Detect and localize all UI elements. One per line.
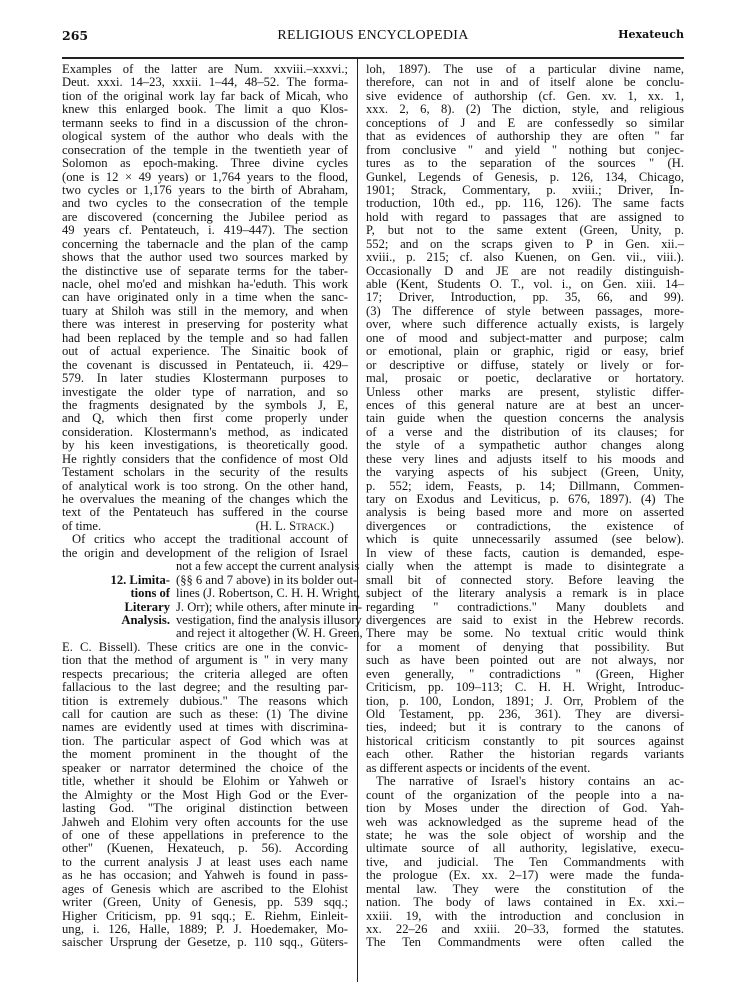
text-line: investigate the older type of narration,… [62,386,348,399]
text-line: the fragments designated by the symbols … [62,399,348,412]
text-line: had been replaced by the temple and so h… [62,332,348,345]
text-line: Criticism, pp. 109–113; C. H. H. Wright,… [366,681,684,694]
section-name: Hexateuch [618,28,684,41]
text-line: divergences are said to exist in the Heb… [366,614,684,627]
running-title: RELIGIOUS ENCYCLOPEDIA [62,28,684,44]
text-line: xviii., p. 215; cf. also Kuenen, on Gen.… [366,251,684,264]
text-line: able (Kent, Students O. T., vol. i., on … [366,278,684,291]
text-line: The narrative of Israel's history contai… [366,775,684,788]
text-line: 49 years cf. Pentateuch, i. 419–447). Th… [62,224,348,237]
text-line: analysis is being based more and more on… [366,506,684,519]
text-line: of analytical work is too strong. On the… [62,480,348,493]
text-line: vestigation, find the analysis illusory [176,614,362,627]
text-line: regarding " contradictions." Many double… [366,601,684,614]
text-line: In view of these facts, caution is deman… [366,547,684,560]
text-line: the style of a sympathetic author change… [366,439,684,452]
text-line: Examples of the latter are Num. xxviii.–… [62,63,348,76]
text-line: these very lines and adjusts itself to h… [366,453,684,466]
text-line: names are evidently used at times with d… [62,721,348,734]
author-signature: (H. L. Strack.) [256,520,348,533]
text-line: conceptions of J and E are confessedly s… [366,117,684,130]
text-line: Gunkel, Legends of Genesis, p. 126, 134,… [366,171,684,184]
text-line: two cycles or 1,176 years to the birth o… [62,184,348,197]
text-line: small bit of connected story. Before lea… [366,574,684,587]
text-line: (§§ 6 and 7 above) in its bolder out- [176,574,357,587]
text-line: even generally, " contradictions " (Gree… [366,668,684,681]
text-line: there was interest in preserving for pos… [62,318,348,331]
text-line: tition is extremely dubious." The reason… [62,695,348,708]
text-line: tion of the original work lay far back o… [62,90,348,103]
text-line: by his keen investigations, is theoretic… [62,439,348,452]
text-line: tain guide when the question concerns th… [366,412,684,425]
text-line: consecration of the temple in the twenti… [62,144,348,157]
text-line: of a verse and the distribution of its c… [366,426,684,439]
page-header: 265 RELIGIOUS ENCYCLOPEDIA Hexateuch [62,28,684,46]
text-line: hold with regard to passages that are as… [366,211,684,224]
text-line: from conclusive " and yield " nothing bu… [366,144,684,157]
text-line: the origin and development of the religi… [62,547,348,560]
text-line: 552; and on the scraps given to P in Gen… [366,238,684,251]
side-heading: Literary [62,601,176,614]
side-heading-row: LiteraryJ. Orr); while others, after min… [62,601,348,614]
text-line: 1901; Strack, Commentary, p. xviii.; Dri… [366,184,684,197]
text-line: p. 552; idem, Feasts, p. 14; Dillmann, C… [366,480,684,493]
text-line: lines (J. Robertson, C. H. H. Wright, [176,587,360,600]
text-line: the Almighty or the Most High God or the… [62,789,348,802]
text-line: He rightly considers that the confidence… [62,453,348,466]
text-line: Testament scholars in the security of th… [62,466,348,479]
text-line: mal, prosaic or poetic, declarative or h… [366,372,684,385]
text-line: saischer Ursprung der Gesetze, p. 110 sq… [62,936,348,949]
text-line: the prologue (Ex. xx. 2–17) were made th… [366,869,684,882]
text-line: nacle, ohel mo'ed and mishkan ha-'eduth.… [62,278,348,291]
text-line: cially when the attempt is made to disin… [366,560,684,573]
text-line: that as evidences of authorship they are… [366,130,684,143]
text-line: out of actual experience. The Sinaitic b… [62,345,348,358]
text-line: Higher Criticism, pp. 91 sqq.; E. Riehm,… [62,910,348,923]
text-line: J. Orr); while others, after minute in- [176,601,362,614]
text-line: sive evidence of authorship (cf. Gen. xv… [366,90,684,103]
text-line: over, where such difference actually exi… [366,318,684,331]
column-divider [357,57,358,982]
text-line: other" (Kuenen, Hexateuch, p. 56). Accor… [62,842,348,855]
text-line: P, but not to the same extent (Green, Un… [366,224,684,237]
text-line: the moment prominent in the thought of t… [62,748,348,761]
text-line: historical criticism constantly to pit s… [366,735,684,748]
text-line: consideration. Klostermann's method, as … [62,426,348,439]
text-line: (one is 12 × 49 years) or 1,764 years to… [62,171,348,184]
text-line: Jahweh and Elohim very often accounts fo… [62,816,348,829]
text-line: Old Testament, pp. 236, 361). They are d… [366,708,684,721]
text-line: (3) The difference of style between pass… [366,305,684,318]
text-line: can have originated only in a time when … [62,291,348,304]
text-line: 579. In later studies Klostermann purpos… [62,372,348,385]
text-line: to the current analysis J at least uses … [62,856,348,869]
text-line: ences of this general nature are at best… [366,399,684,412]
text-line: Occasionally D and JE are not readily di… [366,265,684,278]
side-heading-row: 12. Limita-(§§ 6 and 7 above) in its bol… [62,574,348,587]
text-line: ages of Genesis which are ascribed to th… [62,883,348,896]
text-line: divergences or contradictions, the exist… [366,520,684,533]
text-line: the varying aspects of his subject (Gree… [366,466,684,479]
right-column: loh, 1897). The use of a particular divi… [366,63,684,950]
text-line: or emotional, plain or graphic, rigid or… [366,345,684,358]
text-line: concerning the tabernacle and the plan o… [62,238,348,251]
text-line: knew this enlarged book. The limit a quo… [62,103,348,116]
text-line: ties, indeed; but it is contrary to the … [366,721,684,734]
text-line: nation. The body of laws contained in Ex… [366,896,684,909]
text-line: Unless other marks are present, stylisti… [366,386,684,399]
header-rule [62,57,684,59]
text-line: fallacious to the last degree; and the r… [62,681,348,694]
text-line: are discovered (concerning the Jubilee p… [62,211,348,224]
text-line: and two cycles to the consecration of th… [62,197,348,210]
text-line: he overvalues the meaning of the changes… [62,493,348,506]
text-line: tion. The particular aspect of God which… [62,735,348,748]
side-heading: 12. Limita- [62,574,176,587]
text-line: mental law. They were the constitution o… [366,883,684,896]
text-line: count of the organization of the people … [366,789,684,802]
text-line: writer (Green, Unity of Genesis, pp. 539… [62,896,348,909]
text-line: for a moment of denying that possibility… [366,641,684,654]
text-line: call for caution are such as these: (1) … [62,708,348,721]
text-line: and Q, which then first come properly un… [62,412,348,425]
text-line: such as have been pointed out are not al… [366,654,684,667]
text-line: tuary at Shiloh was still in the memory,… [62,305,348,318]
text-line: termann seeks to find in a discussion of… [62,117,348,130]
text-line: Of critics who accept the traditional ac… [62,533,348,546]
text-line: xx. 22–26 and xxiii. 20–33, formed the s… [366,923,684,936]
text-line: ological system of the author who deals … [62,130,348,143]
text-line: and reject it altogether (W. H. Green, [62,627,348,640]
text-line: tion, p. 100, London, 1891; J. Orr, Prob… [366,695,684,708]
side-heading-row: Analysis.vestigation, find the analysis … [62,614,348,627]
text-line: troduction, 10th ed., pp. 116, 126). The… [366,197,684,210]
text-line: title, whether it should be Elohim or Ya… [62,775,348,788]
text-line: 17; Driver, Introduction, pp. 35, 66, an… [366,291,684,304]
text-line: tary on Exodus and Leviticus, p. 676, 18… [366,493,684,506]
side-heading: Analysis. [62,614,176,627]
text-line: loh, 1897). The use of a particular divi… [366,63,684,76]
text-line: subject of the literary analysis a remar… [366,587,684,600]
text-line: which is quite unnecessarily assumed (se… [366,533,684,546]
text-line: ultimate source of all authority, legisl… [366,842,684,855]
text-line: There may be some. No textual critic wou… [366,627,684,640]
text-line: the covenant is discussed in Pentateuch,… [62,359,348,372]
text-line: The Ten Commandments were often called t… [366,936,684,949]
text-line: shows that the author used two sources m… [62,251,348,264]
text-line: speaker or narrator determined the choic… [62,762,348,775]
text-line: of one of these appellations in preferen… [62,829,348,842]
text-line: xxiii. 19, with the introduction and con… [366,910,684,923]
text-line: therefore, can not in and of itself alon… [366,76,684,89]
text-line: of time. [62,520,256,533]
text-line: tion by Moses under the direction of God… [366,802,684,815]
text-line: Deut. xxxi. 14–23, xxxii. 1–44, 48–52. T… [62,76,348,89]
text-line: or descriptive or diffuse, stately or li… [366,359,684,372]
text-line: as he has occasion; and Yahweh is found … [62,869,348,882]
side-heading-row: tions oflines (J. Robertson, C. H. H. Wr… [62,587,348,600]
text-line: not a few accept the current analysis [62,560,348,573]
text-line: ung, i. 126, Halle, 1889; P. J. Hoedemak… [62,923,348,936]
side-heading: tions of [62,587,176,600]
text-line: each other. Rather the historian regards… [366,748,684,761]
text-line: tive, and judicial. The Ten Commandments… [366,856,684,869]
text-line: tion that the method of argument is " in… [62,654,348,667]
text-line: Solomon as epoch-making. Three divine cy… [62,157,348,170]
text-line: one of mood and subject-matter and purpo… [366,332,684,345]
text-line: respects precarious; the criteria allege… [62,668,348,681]
text-line: text of the Pentateuch has suffered in t… [62,506,348,519]
text-line: weh was acknowledged as the supreme head… [366,816,684,829]
text-line: xxx. 2, 6, 8). (2) The diction, style, a… [366,103,684,116]
text-line: lasting God. "The original distinction b… [62,802,348,815]
text-line: tures as to the separation of the source… [366,157,684,170]
signature-line: of time.(H. L. Strack.) [62,520,348,533]
text-line: the distinctive use of separate terms fo… [62,265,348,278]
text-line: as different aspects or incidents of the… [366,762,684,775]
left-column: Examples of the latter are Num. xxviii.–… [62,63,348,950]
text-line: E. C. Bissell). These critics are one in… [62,641,348,654]
text-line: state; he was the sole object of worship… [366,829,684,842]
